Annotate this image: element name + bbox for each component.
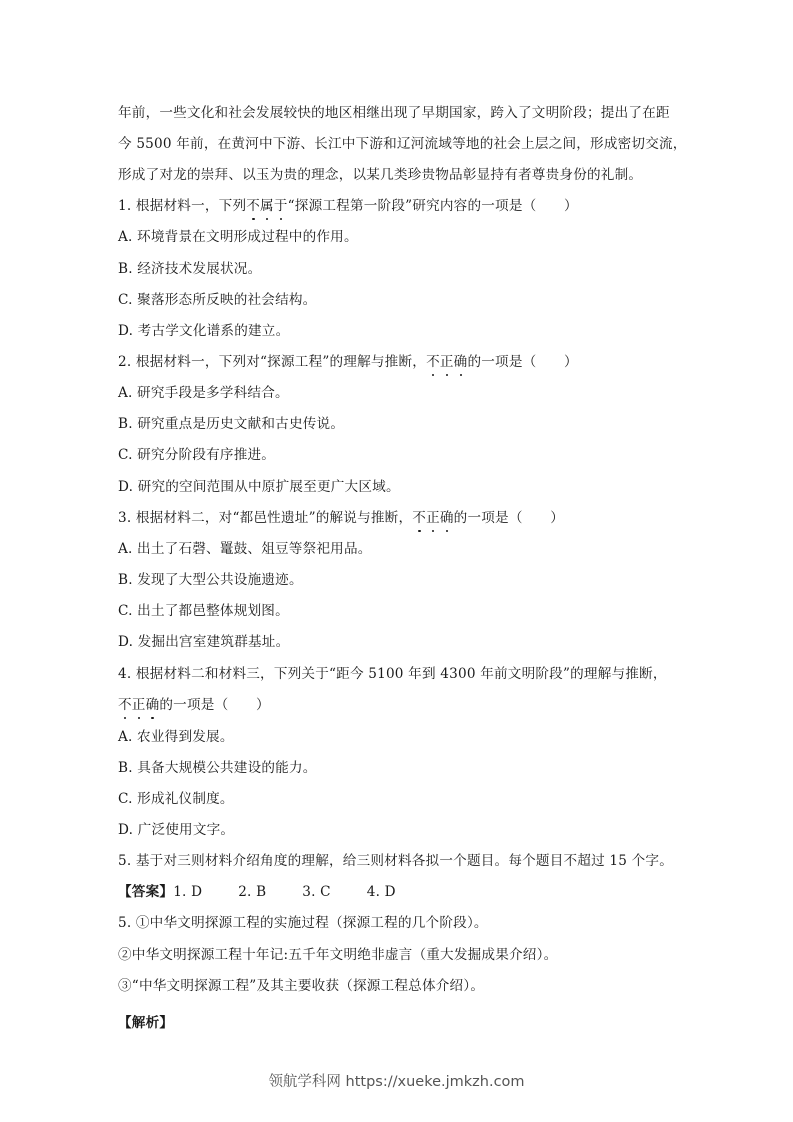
answer-line: 【答案】1. D2. B3. C4. D [118, 883, 396, 901]
footer-watermark: 领航学科网 https://xueke.jmkzh.com [0, 1070, 793, 1091]
answer-q5-line-1: 5. ①中华文明探源工程的实施过程（探源工程的几个阶段）。 [118, 914, 488, 932]
question-1-option-a: A. 环境背景在文明形成过程中的作用。 [118, 228, 358, 246]
question-2-stem: 2. 根据材料一，下列对“探源工程”的理解与推断，不正确的一项是（ ） [118, 353, 578, 371]
question-3-stem: 3. 根据材料二，对“都邑性遗址”的解说与推断，不正确的一项是（ ） [118, 509, 564, 527]
answer-label: 【答案】 [118, 884, 173, 900]
question-4-option-a: A. 农业得到发展。 [118, 728, 234, 746]
question-1-option-d: D. 考古学文化谱系的建立。 [118, 322, 289, 340]
question-2-option-c: C. 研究分阶段有序推进。 [118, 446, 275, 464]
question-4-option-b: B. 具备大规模公共建设的能力。 [118, 759, 317, 777]
question-4-stem-line-2: 不正确的一项是（ ） [118, 696, 270, 714]
question-1-option-c: C. 聚落形态所反映的社会结构。 [118, 291, 316, 309]
question-3-option-d: D. 发掘出宫室建筑群基址。 [118, 633, 289, 651]
answer-item: 3. C [302, 884, 331, 900]
answer-item: 4. D [367, 884, 396, 900]
emphasis-char: 属 [260, 198, 274, 214]
question-3-option-c: C. 出土了都邑整体规划图。 [118, 602, 289, 620]
question-1-stem: 1. 根据材料一，下列不属于“探源工程第一阶段”研究内容的一项是（ ） [118, 197, 578, 215]
emphasis-char: 不 [118, 697, 132, 713]
emphasis-char: 正 [440, 354, 454, 370]
emphasis-char: 确 [440, 510, 454, 526]
question-4-option-c: C. 形成礼仪制度。 [118, 790, 234, 808]
emphasis-char: 确 [454, 354, 468, 370]
analysis-label: 【解析】 [118, 1014, 173, 1032]
question-3-option-b: B. 发现了大型公共设施遗迹。 [118, 571, 303, 589]
question-3-option-a: A. 出土了石磬、鼍鼓、俎豆等祭祀用品。 [118, 540, 372, 558]
emphasis-char: 正 [426, 510, 440, 526]
answer-q5-line-2: ②中华文明探源工程十年记:五千年文明绝非虚言（重大发掘成果介绍）。 [118, 946, 557, 964]
emphasis-char: 于 [274, 198, 288, 214]
question-1-option-b: B. 经济技术发展状况。 [118, 260, 261, 278]
question-4-option-d: D. 广泛使用文字。 [118, 821, 234, 839]
question-5-stem: 5. 基于对三则材料介绍角度的理解，给三则材料各拟一个题目。每个题目不超过 15… [118, 852, 673, 870]
answer-item: 2. B [238, 884, 266, 900]
intro-line-2: 今 5500 年前，在黄河中下游、长江中下游和辽河流域等地的社会上层之间，形成密… [118, 135, 687, 153]
intro-line-3: 形成了对龙的崇拜、以玉为贵的理念，以某几类珍贵物品彰显持有者尊贵身份的礼制。 [118, 166, 642, 184]
emphasis-char: 不 [246, 198, 260, 214]
answer-item: 1. D [173, 884, 202, 900]
answer-q5-line-3: ③“中华文明探源工程”及其主要收获（探源工程总体介绍）。 [118, 977, 484, 995]
emphasis-char: 不 [426, 354, 440, 370]
question-2-option-a: A. 研究手段是多学科结合。 [118, 384, 289, 402]
emphasis-char: 确 [146, 697, 160, 713]
question-4-stem-line-1: 4. 根据材料二和材料三，下列关于“距今 5100 年到 4300 年前文明阶段… [118, 665, 667, 683]
document-page: 年前，一些文化和社会发展较快的地区相继出现了早期国家，跨入了文明阶段；提出了在距… [0, 0, 793, 1122]
emphasis-char: 正 [132, 697, 146, 713]
intro-line-1: 年前，一些文化和社会发展较快的地区相继出现了早期国家，跨入了文明阶段；提出了在距 [118, 104, 670, 122]
question-2-option-b: B. 研究重点是历史文献和古史传说。 [118, 415, 344, 433]
question-2-option-d: D. 研究的空间范围从中原扩展至更广大区域。 [118, 478, 400, 496]
emphasis-char: 不 [412, 510, 426, 526]
